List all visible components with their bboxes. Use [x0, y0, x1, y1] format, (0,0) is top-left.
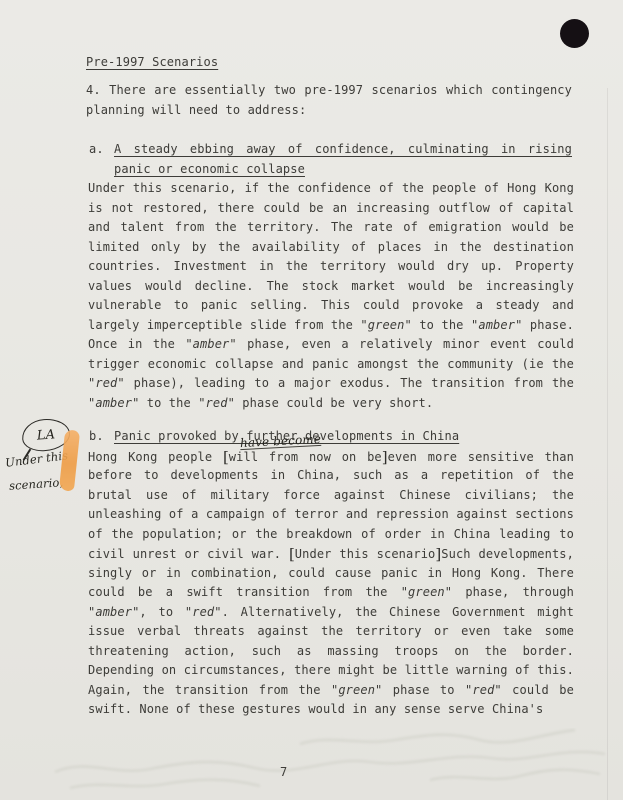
page-number: 7	[280, 765, 287, 779]
text-line: Hong Kong people [will from now on be]ev…	[88, 447, 574, 467]
handwritten-bracket: [	[289, 545, 295, 563]
section-b-label: b.	[89, 427, 104, 447]
text-line: planning will need to address:	[86, 101, 572, 121]
section-b-body: Hong Kong people [will from now on be]ev…	[88, 447, 574, 720]
handwritten-bracket: ]	[435, 545, 441, 563]
text-line: and talent from the territory. The rate …	[88, 218, 574, 238]
text-line: 4. There are essentially two pre-1997 sc…	[86, 81, 572, 101]
circled-initials-text: LA	[36, 427, 55, 443]
handwritten-bracket: [	[223, 448, 229, 466]
paragraph-4: 4. There are essentially two pre-1997 sc…	[86, 81, 572, 120]
text-line: countries. Investment in the territory w…	[88, 257, 574, 277]
text-line: values would decline. The stock market w…	[88, 277, 574, 297]
page-title: Pre-1997 Scenarios	[86, 55, 218, 69]
handwritten-margin-note-line2: scenario,	[9, 475, 64, 493]
text-line: largely imperceptible slide from the "gr…	[88, 316, 574, 336]
punch-hole-dot	[560, 19, 589, 48]
text-line: could be a swift transition from the "gr…	[88, 583, 574, 603]
handwritten-margin-note-line1: Under this	[4, 448, 68, 470]
text-line: before to developments in China, such as…	[88, 466, 574, 486]
text-line: threatening action, such as massing troo…	[88, 642, 574, 662]
text-line: panic or economic collapse	[114, 160, 572, 180]
text-line: issue verbal threats against the territo…	[88, 622, 574, 642]
text-line: unleashing of a campaign of terror and r…	[88, 505, 574, 525]
paper-crease-line	[607, 88, 608, 800]
section-a-label: a.	[89, 140, 104, 160]
section-a: a. A steady ebbing away of confidence, c…	[88, 140, 574, 413]
section-b: b. Panic provoked by further development…	[88, 427, 574, 720]
text-line: Depending on circumstances, there might …	[88, 661, 574, 681]
text-line: brutal use of military force against Chi…	[88, 486, 574, 506]
bleed-through-handwriting	[0, 728, 623, 800]
section-a-body: Under this scenario, if the confidence o…	[88, 179, 574, 413]
text-line: Once in the "amber" phase, even a relati…	[88, 335, 574, 355]
text-line: swift. None of these gestures would in a…	[88, 700, 574, 720]
text-line: trigger economic collapse and panic amon…	[88, 355, 574, 375]
text-line: "amber", to "red". Alternatively, the Ch…	[88, 603, 574, 623]
section-b-heading: Panic provoked by further developments i…	[114, 427, 574, 447]
handwritten-bracket: ]	[382, 448, 388, 466]
text-line: Under this scenario, if the confidence o…	[88, 179, 574, 199]
scanned-document-page: Pre-1997 Scenarios 4. There are essentia…	[0, 0, 623, 800]
text-line: singly or in combination, could cause pa…	[88, 564, 574, 584]
text-line: Again, the transition from the "green" p…	[88, 681, 574, 701]
section-a-heading: A steady ebbing away of confidence, culm…	[114, 140, 572, 179]
text-line: civil unrest or civil war. [Under this s…	[88, 544, 574, 564]
text-line: A steady ebbing away of confidence, culm…	[114, 140, 572, 160]
text-line: limited only by the availability of plac…	[88, 238, 574, 258]
text-line: "amber" to the "red" phase could be very…	[88, 394, 574, 414]
text-line: is not restored, there could be an incre…	[88, 199, 574, 219]
text-line: vulnerable to panic selling. This could …	[88, 296, 574, 316]
text-line: of the population; or the breakdown of o…	[88, 525, 574, 545]
text-line: "red" phase), leading to a major exodus.…	[88, 374, 574, 394]
